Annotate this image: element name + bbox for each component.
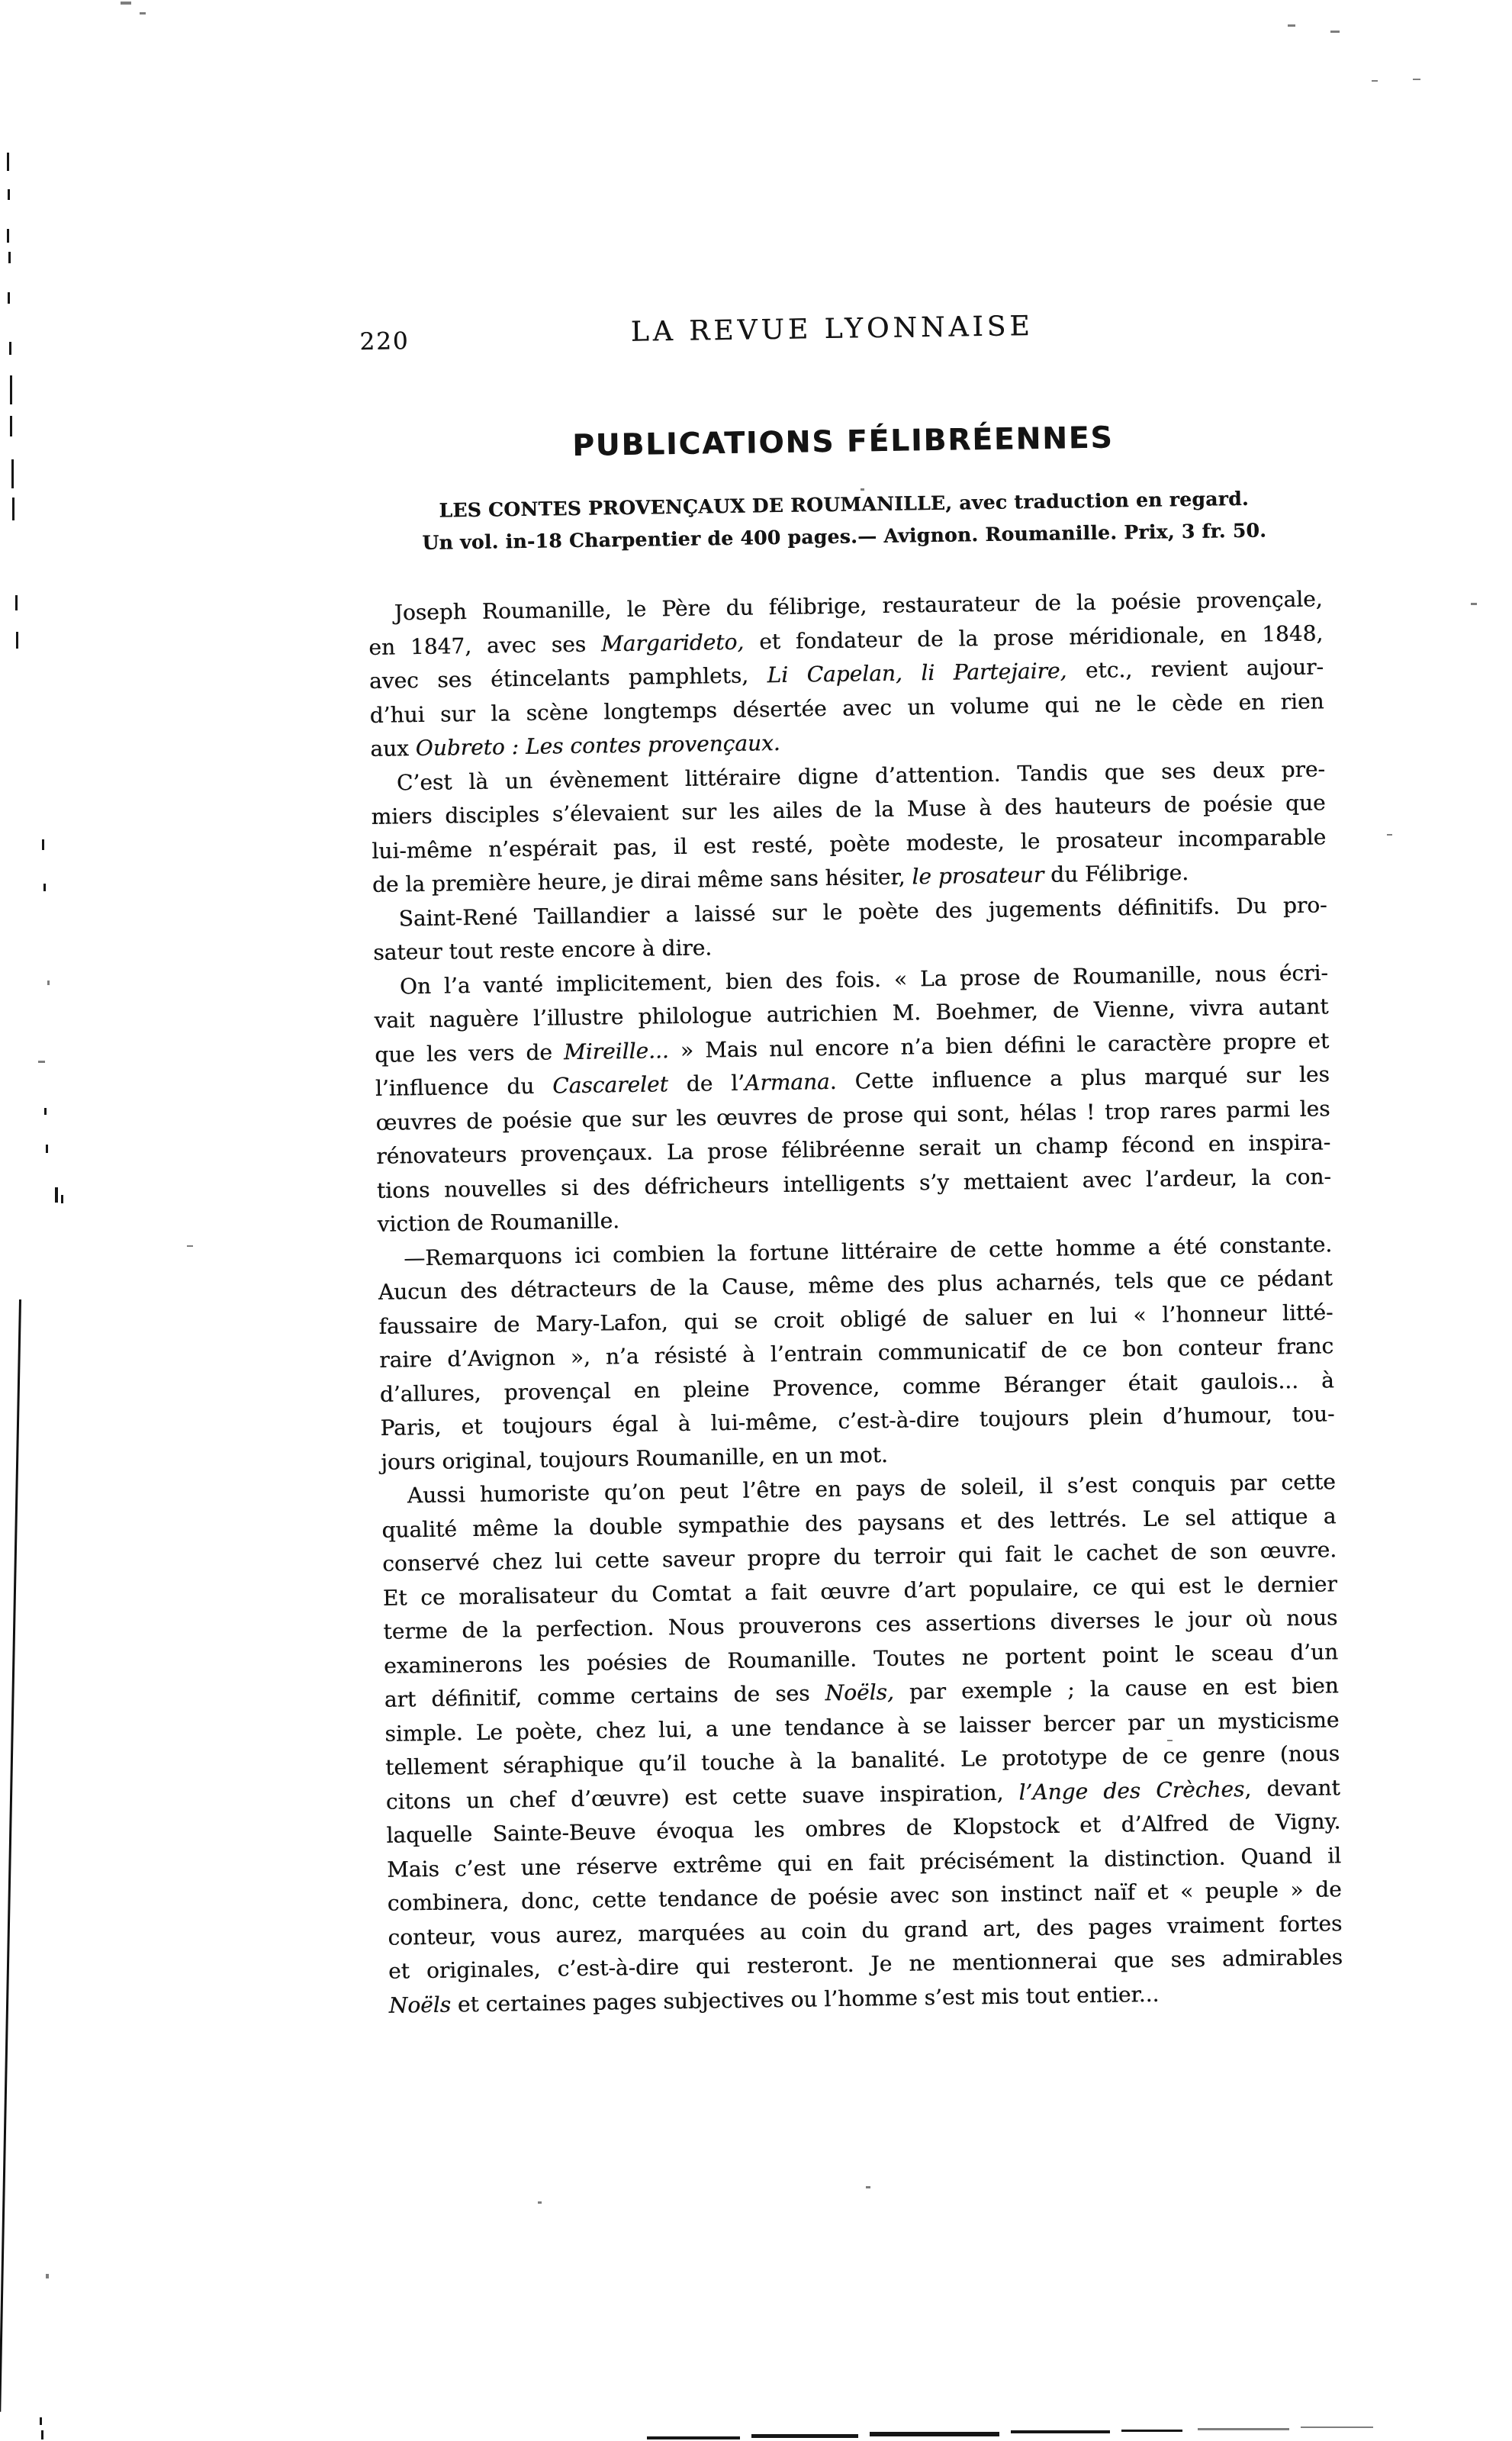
scan-bottom-streak [870, 2432, 999, 2436]
scan-dash [46, 1145, 48, 1153]
scan-speck [1387, 834, 1392, 836]
scan-bottom-streak [647, 2436, 740, 2439]
printed-block: 220 LA REVUE LYONNAISE PUBLICATIONS FÉLI… [364, 306, 1319, 356]
scan-bottom-streak [1301, 2427, 1373, 2428]
scan-gutter-line [0, 1299, 21, 2412]
scan-dash [10, 416, 12, 436]
scan-dash [42, 839, 44, 850]
scan-speck [187, 1245, 193, 1247]
scan-dash [12, 498, 14, 520]
section-title: PUBLICATIONS FÉLIBRÉENNES [365, 417, 1321, 466]
article-body: Joseph Roumanille, le Père du félibrige,… [368, 582, 1343, 2022]
scan-bottom-streak [1011, 2430, 1110, 2433]
scan-speck [46, 2274, 49, 2278]
scan-dash [10, 375, 12, 404]
biblio-note: LES CONTES PROVENÇAUX DE ROUMANILLE, ave… [366, 481, 1321, 560]
scan-dash [9, 342, 11, 355]
scan-dash [38, 1061, 45, 1063]
scan-dash [16, 632, 18, 649]
scan-bottom-streak [1198, 2428, 1289, 2430]
scan-speck [1413, 79, 1420, 80]
scan-dash [61, 1195, 63, 1203]
scan-dash [47, 981, 50, 985]
scan-speck [866, 2186, 870, 2188]
scan-dash [7, 229, 9, 243]
page-header: 220 LA REVUE LYONNAISE [364, 306, 1319, 356]
scan-dash [44, 1108, 47, 1115]
scan-dash [40, 2417, 42, 2425]
scan-speck [140, 12, 146, 14]
scan-speck [538, 2201, 542, 2204]
scan-dash [8, 252, 11, 263]
scan-speck [1167, 1740, 1173, 1741]
scan-dash [43, 884, 46, 891]
scan-speck [861, 488, 864, 491]
running-title: LA REVUE LYONNAISE [355, 307, 1309, 353]
scan-dash [7, 153, 9, 171]
scan-speck [1471, 603, 1477, 605]
scan-dash [15, 595, 18, 610]
scan-dash [41, 2430, 43, 2439]
scan-speck [121, 2, 131, 5]
scanned-page: 220 LA REVUE LYONNAISE PUBLICATIONS FÉLI… [0, 0, 1512, 2441]
scan-speck [1288, 24, 1295, 27]
scan-dash [55, 1187, 58, 1203]
scan-speck [1330, 31, 1340, 33]
scan-dash [8, 189, 10, 200]
scan-dash [8, 292, 10, 304]
scan-speck [1372, 80, 1378, 82]
scan-bottom-streak [1121, 2430, 1182, 2432]
scan-bottom-streak [751, 2434, 858, 2438]
scan-dash [11, 459, 14, 488]
